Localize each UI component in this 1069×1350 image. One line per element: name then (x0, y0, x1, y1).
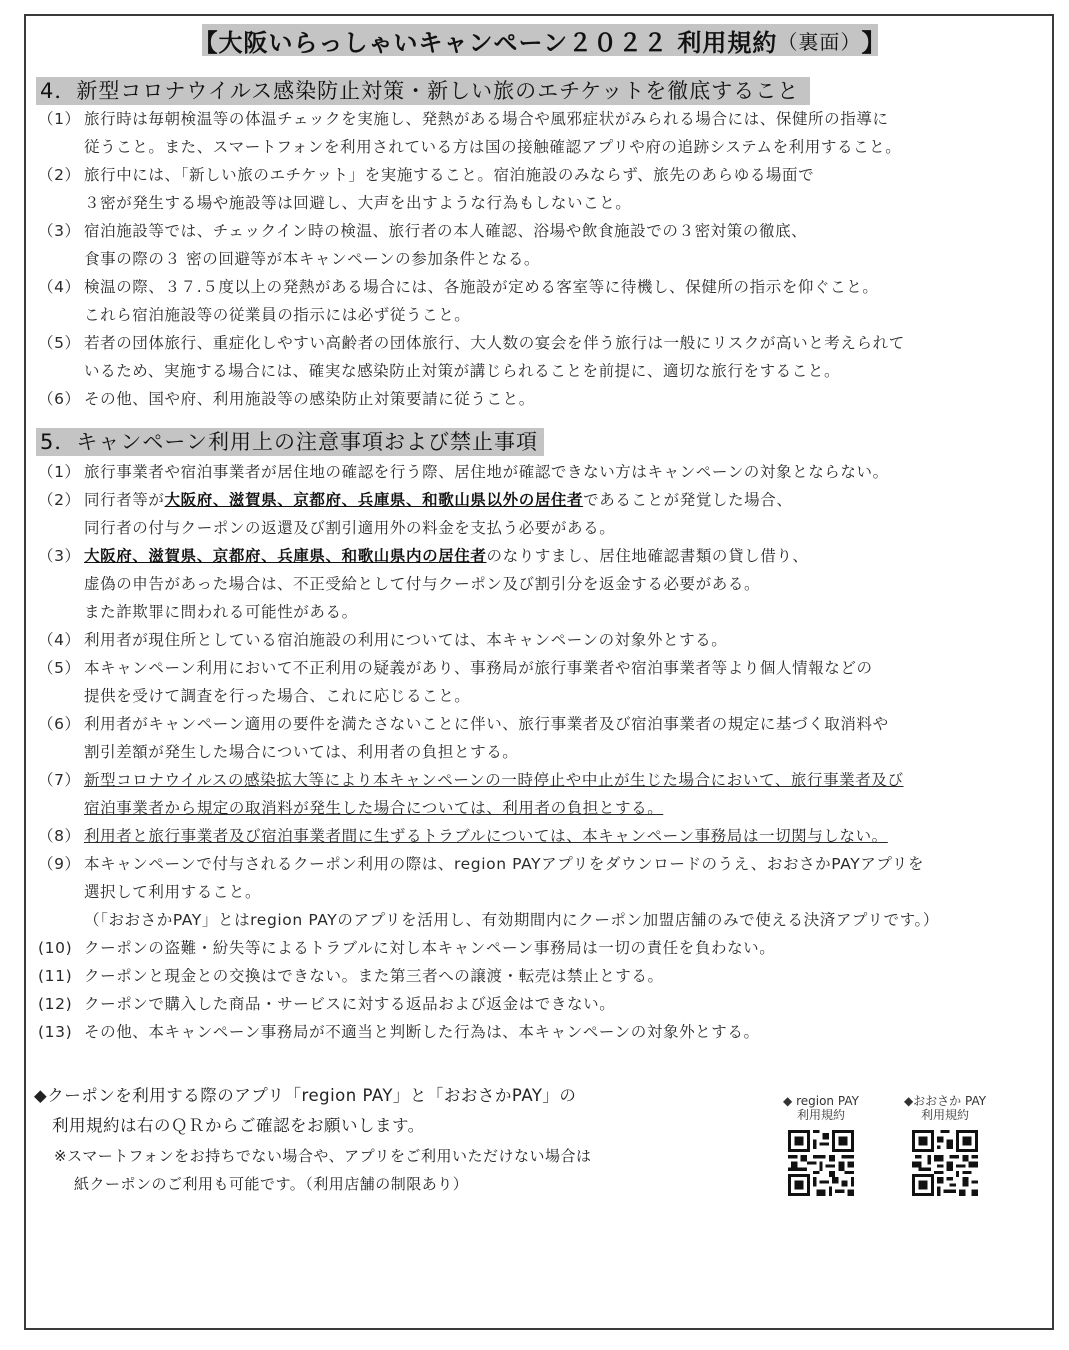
section-5-heading: 5．キャンペーン利用上の注意事項および禁止事項 (36, 428, 544, 456)
footer-note-line-1: ◆クーポンを利用する際のアプリ「region PAY」と「おおさかPAY」の (34, 1085, 576, 1107)
s4-line-3: （2）旅行中には、「新しい旅のエチケット」を実施すること。宿泊施設のみならず、旅… (38, 165, 814, 185)
footer-note-line-2: 利用規約は右のＱＲからご確認をお願いします。 (52, 1115, 425, 1137)
footer-note-line-3: ※スマートフォンをお持ちでない場合や、アプリをご利用いただけない場合は (54, 1145, 592, 1167)
s4-line-4: ３密が発生する場や施設等は回避し、大声を出すような行為もしないこと。 (38, 193, 631, 213)
s5-item-9-cont: 選択して利用すること。 (38, 882, 261, 902)
qr-region-pay-label: ◆ region PAY (776, 1094, 866, 1108)
footer-note-line-4: 紙クーポンのご利用も可能です。（利用店舗の制限あり） (74, 1173, 468, 1195)
s5-item-12: (12)クーポンで購入した商品・サービスに対する返品および返金はできない。 (38, 994, 615, 1014)
s4-line-8: これら宿泊施設等の従業員の指示には必ず従うこと。 (38, 305, 470, 325)
s4-line-9: （5）若者の団体旅行、重症化しやすい高齢者の団体旅行、大人数の宴会を伴う旅行は一… (38, 333, 905, 353)
s5-item-1: （1）旅行事業者や宿泊事業者が居住地の確認を行う際、居住地が確認できない方はキャ… (38, 462, 889, 482)
s5-item-3-cont2: また詐欺罪に問われる可能性がある。 (38, 602, 358, 622)
s5-item-6-cont: 割引差額が発生した場合については、利用者の負担とする。 (38, 742, 518, 762)
qr-code-icon[interactable] (788, 1130, 854, 1196)
s5-item-7-cont: 宿泊事業者から規定の取消料が発生した場合については、利用者の負担とする。 (38, 798, 663, 818)
qr-osaka-pay-sublabel: 利用規約 (900, 1108, 990, 1122)
s4-line-5: （3）宿泊施設等では、チェックイン時の検温、旅行者の本人確認、浴場や飲食施設での… (38, 221, 807, 241)
qr-region-pay-sublabel: 利用規約 (776, 1108, 866, 1122)
s4-line-2: 従うこと。また、スマートフォンを利用されている方は国の接触確認アプリや府の追跡シ… (38, 137, 901, 157)
title-close: 】 (861, 23, 886, 58)
section-4-heading: 4．新型コロナウイルス感染防止対策・新しい旅のエチケットを徹底すること (36, 77, 810, 105)
s5-item-11: (11)クーポンと現金との交換はできない。また第三者への譲渡・転売は禁止とする。 (38, 966, 664, 986)
s5-item-3: （3）大阪府、滋賀県、京都府、兵庫県、和歌山県内の居住者のなりすまし、居住地確認… (38, 546, 809, 566)
s4-line-10: いるため、実施する場合には、確実な感染防止対策が講じられることを前提に、適切な旅… (38, 361, 840, 381)
s4-line-1: （1）旅行時は毎朝検温等の体温チェックを実施し、発熱がある場合や風邪症状がみられ… (38, 109, 889, 129)
s5-item-5-cont: 提供を受けて調査を行った場合、これに応じること。 (38, 686, 470, 706)
emphasis-outside-residents: 大阪府、滋賀県、京都府、兵庫県、和歌山県以外の居住者 (165, 491, 584, 509)
s4-line-6: 食事の際の３ 密の回避等が本キャンペーンの参加条件となる。 (38, 249, 540, 269)
title-main: 【大阪いらっしゃいキャンペーン２０２２ 利用規約 (194, 23, 778, 58)
qr-osaka-pay[interactable]: ◆おおさか PAY 利用規約 (900, 1094, 990, 1200)
s5-item-2: （2）同行者等が大阪府、滋賀県、京都府、兵庫県、和歌山県以外の居住者であることが… (38, 490, 792, 510)
title-suffix: （裏面） (777, 26, 861, 55)
s5-item-4: （4）利用者が現住所としている宿泊施設の利用については、本キャンペーンの対象外と… (38, 630, 727, 650)
s5-item-9: （9）本キャンペーンで付与されるクーポン利用の際は、region PAYアプリを… (38, 854, 924, 874)
s5-item-6: （6）利用者がキャンペーン適用の要件を満たさないことに伴い、旅行事業者及び宿泊事… (38, 714, 889, 734)
page-title: 【大阪いらっしゃいキャンペーン２０２２ 利用規約 （裏面） 】 (202, 24, 878, 56)
s5-item-3-cont1: 虚偽の申告があった場合は、不正受給として付与クーポン及び割引分を返金する必要があ… (38, 574, 760, 594)
s5-item-2-cont: 同行者の付与クーポンの返還及び割引適用外の料金を支払う必要がある。 (38, 518, 615, 538)
s5-item-10: (10)クーポンの盗難・紛失等によるトラブルに対し本キャンペーン事務局は一切の責… (38, 938, 775, 958)
qr-osaka-pay-label: ◆おおさか PAY (900, 1094, 990, 1108)
qr-region-pay[interactable]: ◆ region PAY 利用規約 (776, 1094, 866, 1200)
s5-item-7: （7）新型コロナウイルスの感染拡大等により本キャンペーンの一時停止や中止が生じた… (38, 770, 904, 790)
emphasis-inside-residents: 大阪府、滋賀県、京都府、兵庫県、和歌山県内の居住者 (84, 547, 487, 565)
s5-item-8: （8）利用者と旅行事業者及び宿泊事業者間に生ずるトラブルについては、本キャンペー… (38, 826, 888, 846)
s5-item-13: (13)その他、本キャンペーン事務局が不適当と判断した行為は、本キャンペーンの対… (38, 1022, 760, 1042)
s4-line-7: （4）検温の際、３７.５度以上の発熱がある場合には、各施設が定める客室等に待機し… (38, 277, 878, 297)
s4-line-11: （6）その他、国や府、利用施設等の感染防止対策要請に従うこと。 (38, 389, 535, 409)
s5-item-9-paren: （「おおさかPAY」とはregion PAYのアプリを活用し、有効期間内にクーポ… (38, 910, 939, 930)
qr-code-icon[interactable] (912, 1130, 978, 1196)
s5-item-5: （5）本キャンペーン利用において不正利用の疑義があり、事務局が旅行事業者や宿泊事… (38, 658, 873, 678)
